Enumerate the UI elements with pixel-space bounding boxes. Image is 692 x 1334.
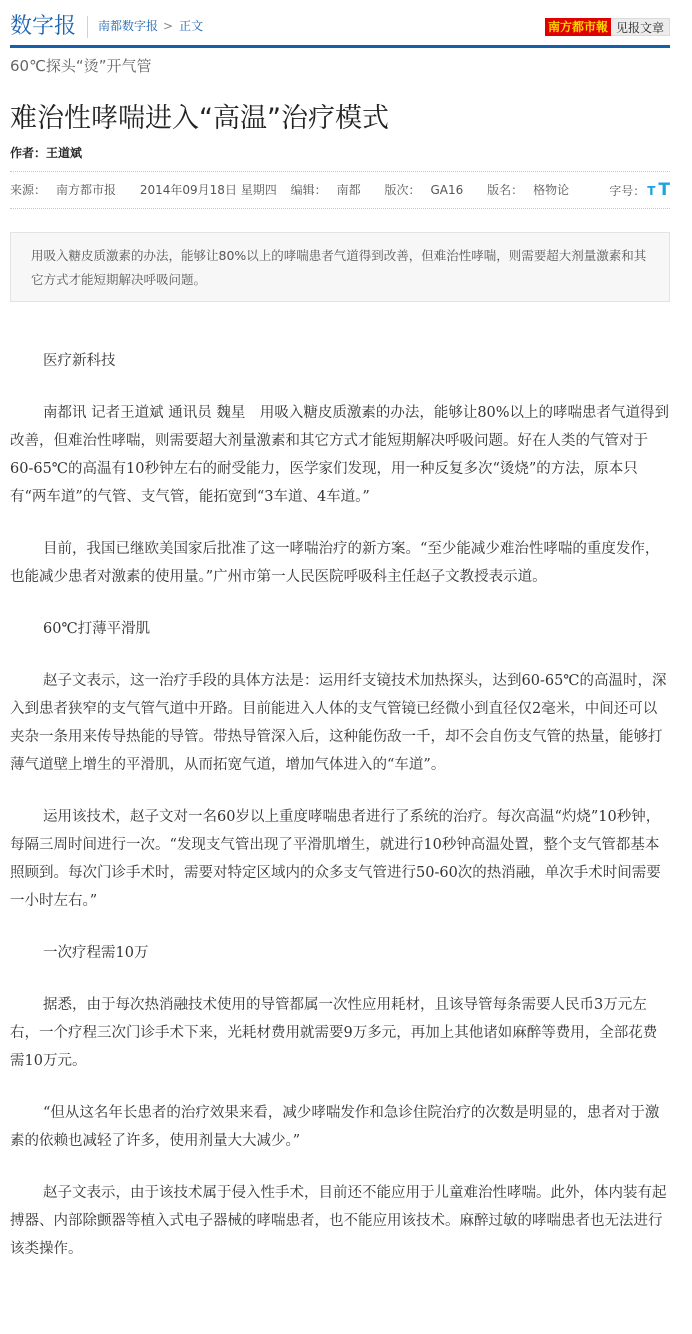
meta-section: 版名：格物论 <box>487 183 579 197</box>
article-paragraph: 赵子文表示，由于该技术属于侵入性手术，目前还不能应用于儿童难治性哮喘。此外，体内… <box>10 1179 670 1263</box>
article-kicker: 60℃探头“烫”开气管 <box>10 56 151 76</box>
print-edition-button[interactable]: 南方都市報 见报文章 <box>545 18 670 36</box>
author-name: 王道斌 <box>46 146 82 160</box>
article-author: 作者：王道斌 <box>10 144 82 162</box>
article-title: 难治性哮喘进入“高温”治疗模式 <box>10 101 389 137</box>
article-paragraph: 赵子文表示，这一治疗手段的具体方法是：运用纤支镜技术加热探头，达到60-65℃的… <box>10 667 670 779</box>
article-paragraph: “但从这名年长患者的治疗效果来看，减少哮喘发作和急诊住院治疗的次数是明显的，患者… <box>10 1099 670 1155</box>
article-summary: 用吸入糖皮质激素的办法，能够让80%以上的哮喘患者气道得到改善，但难治性哮喘，则… <box>31 244 649 292</box>
font-size-label: 字号： <box>609 184 645 198</box>
article-body: 医疗新科技 南都讯 记者王道斌 通讯员 魏星 用吸入糖皮质激素的办法，能够让80… <box>10 340 670 1263</box>
print-edition-label: 见报文章 <box>611 18 670 36</box>
font-size-control: 字号：TT <box>609 180 670 201</box>
article-meta: 来源：南方都市报 2014年09月18日 星期四 编辑：南都 版次：GA16 版… <box>10 181 589 199</box>
page: 数字报 南都数字报>正文 南方都市報 见报文章 60℃探头“烫”开气管 难治性哮… <box>10 0 670 46</box>
article-subheading: 一次疗程需10万 <box>10 939 670 967</box>
font-size-large-button[interactable]: T <box>658 180 670 200</box>
meta-editor: 编辑：南都 <box>291 183 371 197</box>
meta-source: 来源：南方都市报 <box>10 183 126 197</box>
font-size-small-button[interactable]: T <box>647 184 655 198</box>
article-paragraph: 据悉，由于每次热消融技术使用的导管都属一次性应用耗材，且该导管每条需要人民币3万… <box>10 991 670 1075</box>
meta-date: 2014年09月18日 星期四 <box>140 183 277 197</box>
site-brand-link[interactable]: 数字报 <box>10 13 76 41</box>
header-divider <box>87 16 88 38</box>
article-paragraph: 目前，我国已继欧美国家后批准了这一哮喘治疗的新方案。“至少能减少难治性哮喘的重度… <box>10 535 670 591</box>
article-meta-bar: 来源：南方都市报 2014年09月18日 星期四 编辑：南都 版次：GA16 版… <box>10 171 670 209</box>
newspaper-logo: 南方都市報 <box>545 18 611 36</box>
article-paragraph: 运用该技术，赵子文对一名60岁以上重度哮喘患者进行了系统的治疗。每次高温“灼烧”… <box>10 803 670 915</box>
chevron-right-icon: > <box>163 19 173 33</box>
article-paragraph: 南都讯 记者王道斌 通讯员 魏星 用吸入糖皮质激素的办法，能够让80%以上的哮喘… <box>10 399 670 511</box>
breadcrumb: 南都数字报>正文 <box>98 17 203 35</box>
meta-edition: 版次：GA16 <box>384 183 473 197</box>
breadcrumb-home-link[interactable]: 南都数字报 <box>98 19 158 33</box>
article-subheading: 医疗新科技 <box>10 347 670 375</box>
site-header: 数字报 南都数字报>正文 南方都市報 见报文章 <box>10 0 670 46</box>
article-subheading: 60℃打薄平滑肌 <box>10 615 670 643</box>
header-rule <box>10 45 670 48</box>
article-summary-box: 用吸入糖皮质激素的办法，能够让80%以上的哮喘患者气道得到改善，但难治性哮喘，则… <box>10 232 670 302</box>
breadcrumb-current: 正文 <box>179 19 203 33</box>
author-label: 作者： <box>10 146 46 160</box>
